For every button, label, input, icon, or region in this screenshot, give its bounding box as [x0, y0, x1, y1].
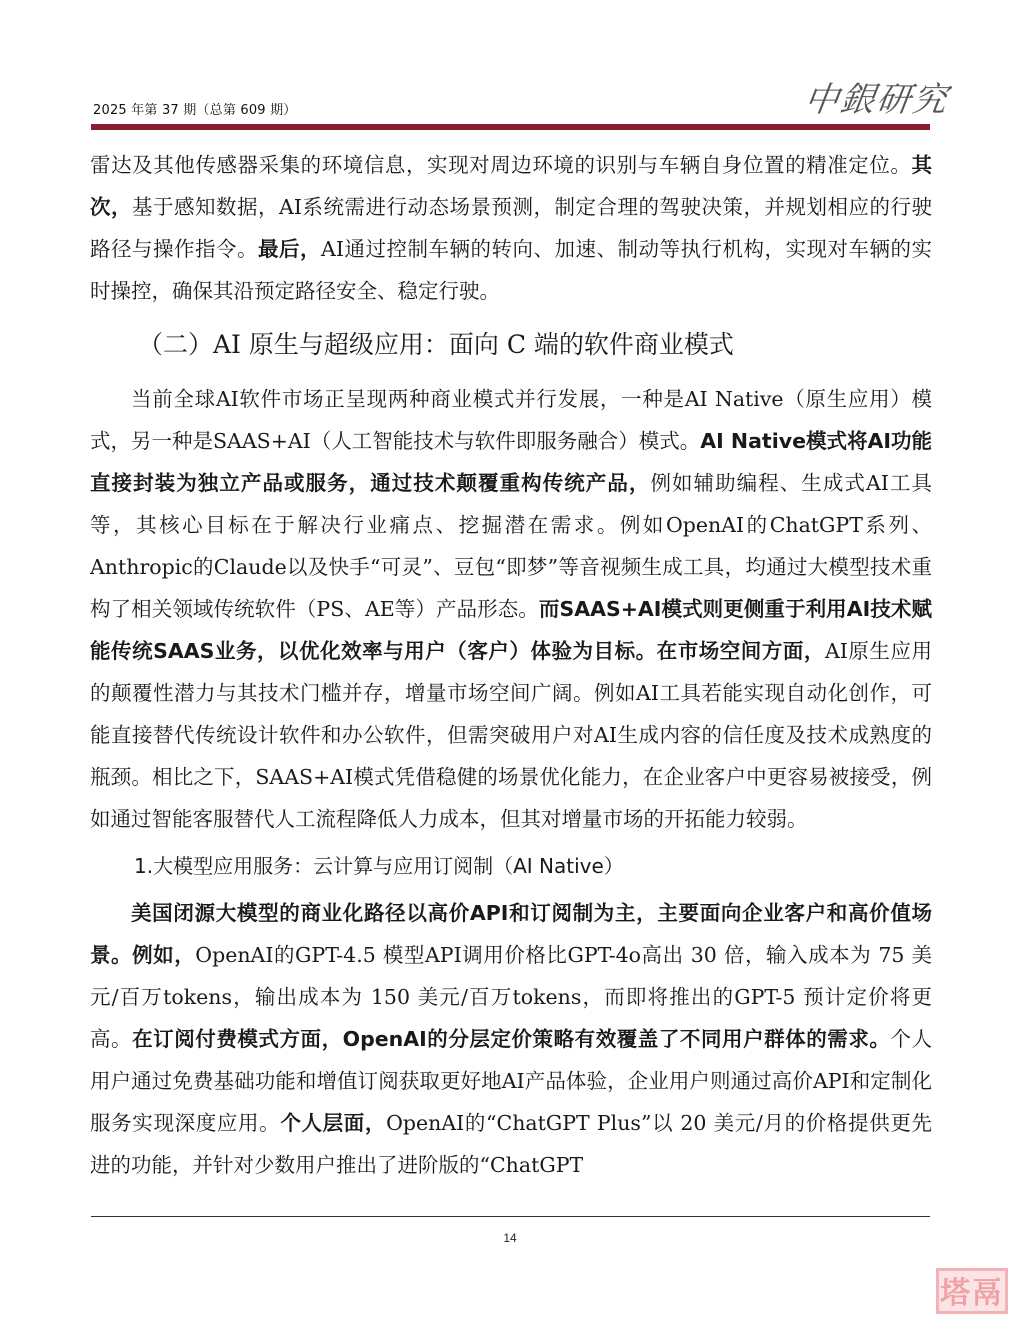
footer-divider: [91, 1216, 930, 1217]
text-run: AI原生应用的颠覆性潜力与其技术门槛并存，增量市场空间广阔。例如AI工具若能实现…: [90, 639, 932, 831]
paragraph-pricing: 美国闭源大模型的商业化路径以高价API和订阅制为主，主要面向企业客户和高价值场景…: [90, 892, 932, 1186]
issue-label: 2025 年第 37 期（总第 609 期）: [93, 99, 297, 118]
subsection-heading: 1.大模型应用服务：云计算与应用订阅制（AI Native）: [90, 844, 932, 888]
bold-run: 最后，: [258, 237, 321, 261]
section-heading: （二）AI 原生与超级应用：面向 C 端的软件商业模式: [90, 320, 932, 370]
page-number: 14: [0, 1231, 1020, 1245]
watermark-stamp-icon: 塔鬲: [936, 1268, 1008, 1314]
paragraph-autonomous-driving: 雷达及其他传感器采集的环境信息，实现对周边环境的识别与车辆自身位置的精准定位。其…: [90, 144, 932, 312]
header-divider: [91, 124, 930, 130]
publication-logo: 中銀研究: [802, 72, 953, 121]
bold-run: 在订阅付费模式方面，OpenAI的分层定价策略有效覆盖了不同用户群体的需求。: [132, 1027, 890, 1051]
bold-run: 个人层面，: [280, 1111, 386, 1135]
page-content: 雷达及其他传感器采集的环境信息，实现对周边环境的识别与车辆自身位置的精准定位。其…: [90, 144, 932, 1186]
paragraph-business-models: 当前全球AI软件市场正呈现两种商业模式并行发展，一种是AI Native（原生应…: [90, 378, 932, 840]
text-run: 雷达及其他传感器采集的环境信息，实现对周边环境的识别与车辆自身位置的精准定位。: [90, 153, 912, 177]
